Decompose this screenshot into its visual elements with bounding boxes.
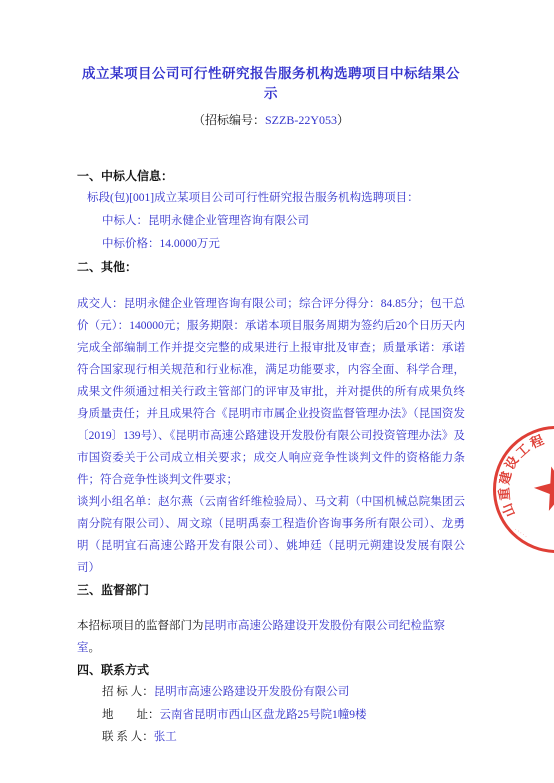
contact-label: 地 址： (102, 709, 160, 721)
seal-char: 程 (527, 432, 548, 453)
contact-value-tenderer: 昆明市高速公路建设开发股份有限公司 (154, 686, 350, 698)
seal-char: 山 (499, 500, 520, 521)
supervision-prefix: 本招标项目的监督部门为 (77, 620, 204, 632)
supervision-line: 本招标项目的监督部门为昆明市高速公路建设开发股份有限公司纪检监察室。 (77, 615, 465, 659)
spacer (77, 129, 465, 165)
contact-value-address: 云南省昆明市西山区盘龙路25号院1幢9楼 (160, 709, 367, 721)
price-line: 中标价格：14.0000万元 (102, 233, 465, 256)
seal-bottom-marks: ····· (513, 525, 529, 538)
document-body: 成立某项目公司可行性研究报告服务机构选聘项目中标结果公示 （招标编号：SZZB-… (77, 64, 465, 749)
seal-char: 设 (501, 452, 523, 474)
section-heading-supervision: 三、监督部门 (77, 579, 465, 601)
seal-ring (493, 426, 554, 553)
tender-number-line: （招标编号：SZZB-22Y053） (77, 111, 465, 129)
section-heading-winner-info: 一、中标人信息： (77, 165, 465, 187)
contact-label: 联 系 人： (102, 731, 154, 743)
announcement-page: 成立某项目公司可行性研究报告服务机构选聘项目中标结果公示 （招标编号：SZZB-… (0, 0, 554, 783)
spacer (77, 601, 465, 615)
panel-paragraph: 谈判小组名单：赵尔燕（云南省纤维检验局）、马文莉（中国机械总院集团云南分院有限公… (77, 491, 465, 579)
spacer (77, 278, 465, 293)
company-seal: 山 重 建 设 工 程 ★ ····· (493, 426, 554, 554)
tender-number-suffix: ） (337, 113, 349, 127)
section-heading-contact: 四、联系方式 (77, 659, 465, 681)
contact-row-person: 联 系 人：张工 (102, 726, 465, 749)
contact-value-person: 张工 (154, 731, 177, 743)
lot-line: 标段(包)[001]成立某项目公司可行性研究报告服务机构选聘项目： (87, 187, 465, 210)
contact-label: 招 标 人： (102, 686, 154, 698)
seal-char: 重 (496, 485, 513, 502)
deal-paragraph: 成交人：昆明永健企业管理咨询有限公司；综合评分得分：84.85分；包干总价（元）… (77, 293, 465, 491)
tender-number: SZZB-22Y053 (265, 113, 337, 127)
supervision-suffix: 。 (89, 642, 101, 654)
tender-number-prefix: （招标编号： (193, 113, 265, 127)
seal-char: 工 (512, 440, 535, 463)
section-heading-other: 二、其他： (77, 256, 465, 278)
winner-line: 中标人：昆明永健企业管理咨询有限公司 (102, 210, 465, 233)
contact-row-tenderer: 招 标 人：昆明市高速公路建设开发股份有限公司 (102, 681, 465, 704)
seal-char: 建 (496, 468, 515, 487)
star-icon: ★ (524, 453, 554, 522)
contact-row-address: 地 址：云南省昆明市西山区盘龙路25号院1幢9楼 (102, 704, 465, 727)
page-title: 成立某项目公司可行性研究报告服务机构选聘项目中标结果公示 (77, 64, 465, 104)
